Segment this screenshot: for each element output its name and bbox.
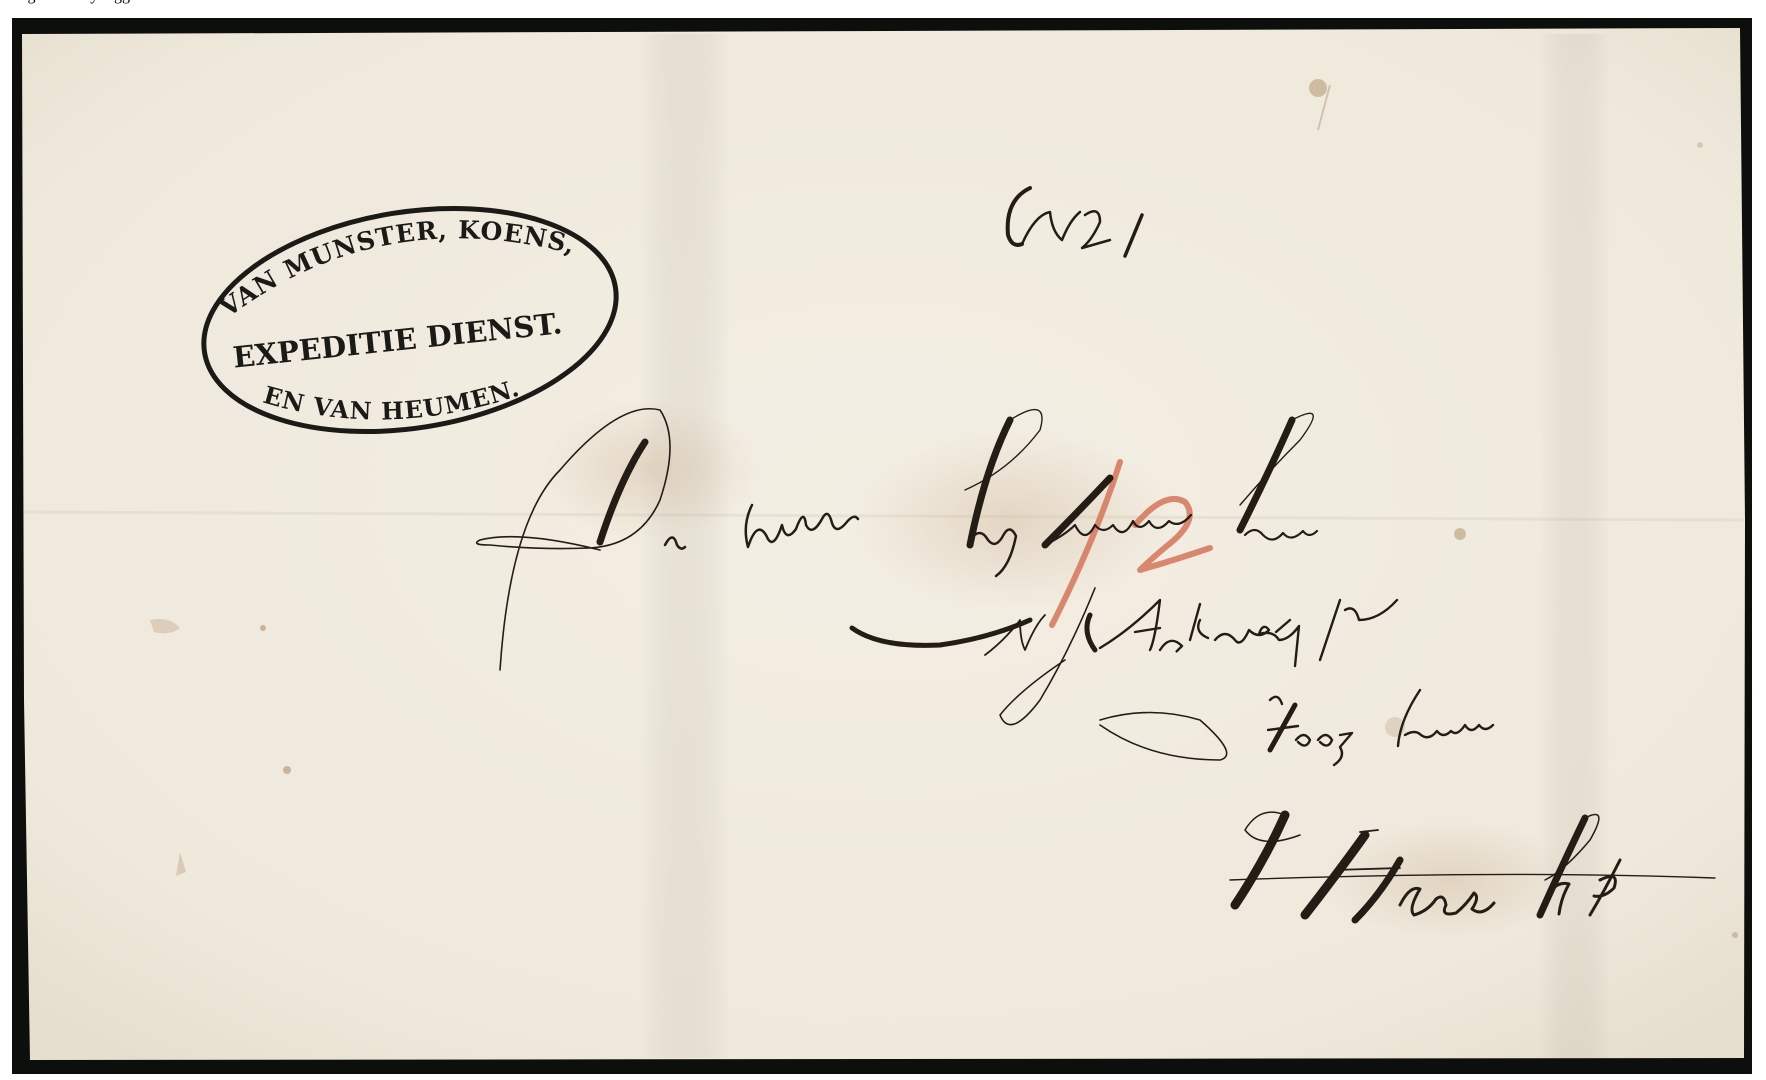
toning-stain — [540, 400, 760, 540]
letter-cover-scan: VAN MUNSTER, KOENS, EXPEDITIE DIENST. EN… — [0, 0, 1766, 1080]
toning-stain — [850, 430, 1170, 610]
svg-text:Utrecht: Utrecht — [0, 0, 49, 4]
